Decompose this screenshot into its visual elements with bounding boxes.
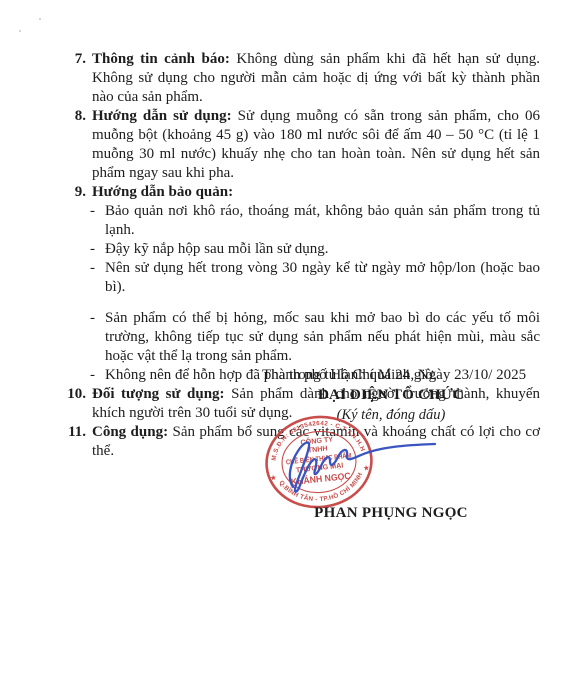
item-label: Hướng dẫn bảo quản: xyxy=(92,184,233,200)
list-item-7: 7. Thông tin cảnh báo: Không dùng sản ph… xyxy=(58,50,540,107)
item-label: Hướng dẫn sử dụng: xyxy=(92,108,232,124)
bullet-text: Nên sử dụng hết trong vòng 30 ngày kể từ… xyxy=(105,259,540,297)
item-label: Công dụng: xyxy=(92,424,168,440)
item-number: 10. xyxy=(58,385,92,423)
item-content: Hướng dẫn sử dụng: Sử dụng muỗng có sẵn … xyxy=(92,107,540,183)
item-number: 9. xyxy=(58,183,92,202)
bullet-dash: - xyxy=(90,240,105,259)
scanned-document-page: 7. Thông tin cảnh báo: Không dùng sản ph… xyxy=(0,0,575,681)
representative-title: ĐẠI DIỆN TỔ CHỨC xyxy=(262,386,520,404)
scan-speck xyxy=(39,18,41,20)
bullet-text: Đậy kỹ nắp hộp sau mỗi lần sử dụng. xyxy=(105,240,540,259)
list-item-8: 8. Hướng dẫn sử dụng: Sử dụng muỗng có s… xyxy=(58,107,540,183)
handwritten-signature-icon xyxy=(272,430,444,500)
bullet-dash: - xyxy=(90,309,105,366)
list-item-9: 9. Hướng dẫn bảo quản: xyxy=(58,183,540,202)
bullet-text: Bảo quản nơi khô ráo, thoáng mát, không … xyxy=(105,202,540,240)
item-number: 8. xyxy=(58,107,92,183)
place-date-line: Thành phố Hồ Chí Minh, Ngày 23/10/ 2025 xyxy=(262,366,520,384)
item-label: Thông tin cảnh báo: xyxy=(92,51,230,67)
list-item: - Đậy kỹ nắp hộp sau mỗi lần sử dụng. xyxy=(90,240,540,259)
signer-name: PHAN PHỤNG NGỌC xyxy=(262,505,520,522)
item-content: Thông tin cảnh báo: Không dùng sản phẩm … xyxy=(92,50,540,107)
bullet-dash: - xyxy=(90,366,105,385)
list-item: - Nên sử dụng hết trong vòng 30 ngày kể … xyxy=(90,259,540,297)
item-number: 11. xyxy=(58,423,92,461)
bullet-text: Sản phẩm có thể bị hỏng, mốc sau khi mở … xyxy=(105,309,540,366)
bullet-dash: - xyxy=(90,259,105,297)
storage-bullet-group-a: - Bảo quản nơi khô ráo, thoáng mát, khôn… xyxy=(90,202,540,297)
scan-speck xyxy=(19,30,21,32)
item-content: Hướng dẫn bảo quản: xyxy=(92,183,540,202)
bullet-dash: - xyxy=(90,202,105,240)
list-item: - Sản phẩm có thể bị hỏng, mốc sau khi m… xyxy=(90,309,540,366)
item-number: 7. xyxy=(58,50,92,107)
item-label: Đối tượng sử dụng: xyxy=(92,386,225,402)
list-item: - Bảo quản nơi khô ráo, thoáng mát, khôn… xyxy=(90,202,540,240)
